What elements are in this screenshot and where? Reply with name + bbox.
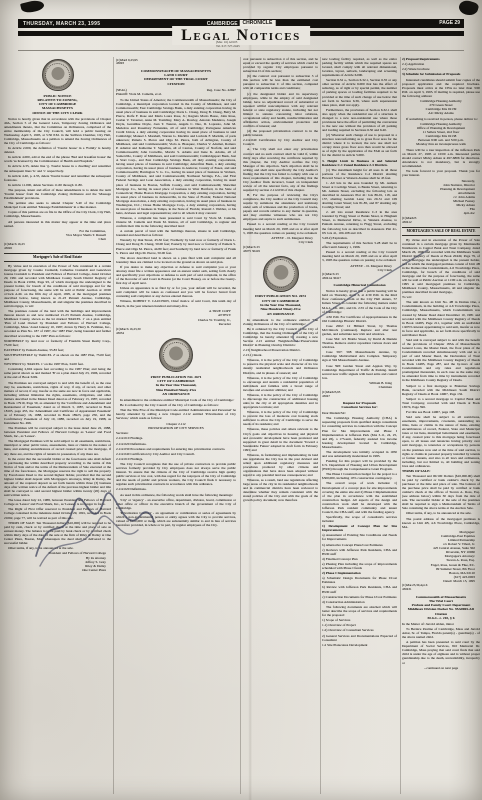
seal-label: (SEAL) [116,88,127,92]
column-divider [320,57,321,794]
seal-case-row: (SEAL)Reg. Case No. 42697 [116,88,236,92]
notice-paragraph: The purpose, intent and effect of these … [4,188,111,200]
column-3: cost pursuant to subsection 4 of this se… [243,57,318,794]
notice-paragraph: 'City' or 'Agency' - an executive office… [116,498,236,510]
column-5: 2) Proposal Requirements2.1) Application… [402,57,480,794]
notice-paragraph: Ten Thousand and 00/100 Dollars ($10,000… [402,474,480,510]
notice-paragraph: The City Council recognizes that the use… [116,462,236,486]
signature-block: For the Committee,Vice Mayor Sheila T. R… [4,229,111,241]
notice-paragraph: 1.1) Overview of Project [322,623,397,627]
notice-paragraph: (b) the contract cost pursuant to subsec… [243,74,318,90]
centered-address-block: Chapter 2.112PRIVATIZATION OF CITY SERVI… [116,422,236,430]
text-line: Cambridge Historical Commission [322,283,397,287]
notice-paragraph: The lease dated July 22, 1988, between P… [4,498,111,506]
text-line: CITATION [116,82,236,86]
notice-paragraph: (2) Wherever such change of use is propo… [322,133,397,157]
notice-paragraph: Be it ordained by the City Council of th… [116,403,236,407]
filing-tag: (C)March 2343075 30419 [243,246,318,254]
notice-paragraph: The premises consist of the land with th… [4,309,111,337]
notice-paragraph: d) Finalized Concept Plan [322,557,397,561]
notice-paragraph: SOUTHWESTERLY by 'PARCEL 2' as shown on … [4,353,111,361]
centered-address-block: Cambridge Housing Authority270 Green Str… [402,99,480,115]
notice-paragraph: The overall scope of work includes: 1) D… [322,481,397,513]
notice-heading: Commonwealth of MassachusettsThe Trial C… [402,595,480,621]
notice-heading: Request for ProposalsConsultant Services… [322,401,397,410]
notice-paragraph: 1.2) Overview of Consultant Services [322,628,397,632]
notice-paragraph: Whereas, it is the policy of the City of… [243,358,318,374]
signature-block: Mortgagee:Cambridge-East EquitiesLimited… [402,530,480,583]
notice-paragraph: d) Construction Administration [322,600,397,604]
notice-paragraph: To wit: [402,295,480,299]
notice-paragraph: 2) Proposal Requirements [402,57,480,61]
notice-heading: COMMONWEALTH OF MASSACHUSETTSLAND COURTD… [116,69,236,86]
notice-paragraph: 2. All lots zoned Residence C-3 in the a… [322,210,397,234]
case-number: Reg. Case No. 42697 [207,88,236,92]
notice-paragraph: Whereas, it is the policy of the City of… [243,376,318,392]
notice-paragraph: In the event that the successful bidder … [4,457,111,497]
notice-paragraph: Passed to a second reading at the City C… [322,250,397,262]
notice-paragraph: (d) the proposed privatization contract … [243,129,318,137]
notice-paragraph: c) Construction Documents for Phase I/Co… [322,595,397,599]
notice-paragraph: Section 6.32 a., Section 6.32.1, Section… [322,78,397,106]
notice-paragraph: Notice is hereby given that a public hea… [322,289,397,313]
text-line: Chair [4,237,106,241]
notice-paragraph: Westerly by Oak Street, 45.30 feet; Nort… [116,238,236,254]
notice-paragraph: Notice is hereby given that in accordanc… [4,117,111,145]
notice-paragraph: 4:30 P.M. For Certificate of Appropriate… [322,315,397,323]
filing-tag: (C)March 16,2343026 [4,243,111,251]
city-seal-icon [42,59,74,91]
notice-paragraph: WESTERLY by 'PARCEL 1' on the 1987 Plan,… [4,362,111,366]
notice-paragraph: The unit known as Unit No. 4B in Domus O… [402,300,480,336]
masthead-date: THURSDAY, MARCH 23, 1995 [23,21,100,27]
notice-paragraph: The Premises are conveyed subject to and… [4,381,111,426]
notice-paragraph: 2.13.1) Intent. [243,353,318,357]
notice-paragraph: TERMS OF SALE: [402,469,480,473]
notice-paragraph: 2.13) Neighborhood Preservation District… [243,348,318,352]
text-line: AN ORDINANCE [116,392,236,396]
notice-paragraph: There will be a tour inspection of the J… [402,148,480,168]
notice-paragraph: Copies of this petition are on file in t… [4,210,111,218]
notice-paragraph: A certain parcel of land with the buildi… [116,229,236,237]
signature-block: William B. KingChairman [322,381,397,389]
notice-paragraph: NORTHERLY by land now or formerly of Fra… [4,339,111,347]
notice-paragraph: Other terms, if any, to be announced at … [4,546,111,550]
notice-paragraph: If something is received in person, plea… [402,117,480,121]
notice-paragraph: Containing 2,604 square feet according t… [4,367,111,379]
notice-paragraph: Whereas, it is the policy of the City of… [243,393,318,409]
notice-paragraph: Whereas, in formulating and implementing… [243,453,318,477]
text-line: Att: Micky Adams [402,111,480,115]
notice-paragraph: The Mortgaged Premises will be sold subj… [4,439,111,455]
notice-paragraph: c) Reviews with Jefferson Park Residents… [322,548,397,556]
notice-paragraph: 1.2 Site Plans/Area Development [322,643,397,647]
scan-artifact-top-right [457,0,479,17]
column-divider [240,57,241,794]
column-divider [400,57,401,794]
masthead-page-number: PAGE 29 [439,19,460,28]
notice-paragraph: The development was initially occupied i… [322,450,397,458]
column-2: (C)Mar# 9,23,9543093COMMONWEALTH OF MASS… [116,57,236,794]
notice-paragraph: The petition also seeks to amend Chapter… [4,201,111,209]
column-divider [113,57,114,794]
notice-paragraph: 1) Development of Concept Plan for Site … [322,524,397,532]
notice-paragraph: Plaintiff: Viola M. Camella, et al. [116,92,236,96]
notice-paragraph: In Article 11.000, delete Sections 11.60… [4,183,111,187]
column-1: PUBLIC NOTICERELATIVE TO ZONING,CITY OF … [4,57,111,794]
notice-paragraph: The Cambridge Housing Authority (CHA) is… [322,416,397,448]
filing-tag: (C)Mar.23,30,Apr.6430431 [402,584,480,592]
notice-paragraph: Funding for this project will be provide… [322,459,397,471]
filing-tag: (C)March 2343041A 30417 [322,273,397,281]
signature-block: ATTEST: - D. Margaret DruryCity Clerk [322,264,397,272]
notice-paragraph: By virtue and in execution of the Power … [402,238,480,295]
filing-tag: (C)March 16,23,3043034 [116,328,236,336]
notice-paragraph: Be it ordained by the City Council of th… [243,327,318,347]
notice-paragraph: 2) General Services and Documentations E… [322,634,397,642]
notice-paragraph: Said unit is conveyed subject to and wit… [402,338,480,383]
notice-paragraph: The postal address of the mortgaged prem… [402,517,480,529]
notice-paragraph: Whereas, these policies and others relev… [243,427,318,451]
text-line: Chairman [322,385,392,389]
notice-paragraph: 2.112.020 Definitions. [116,442,236,446]
notice-paragraph: In Article 4.40, p. 4.35, delete 'Touris… [4,174,111,182]
city-seal-icon [263,256,299,292]
text-line: 43093 [116,62,236,66]
text-line: 43047 [322,395,397,399]
notice-paragraph: b) Alternative Concept Plans/Cost Estima… [322,543,397,547]
text-line: Consultant Services for: [322,405,397,409]
banner-underline [18,50,464,51]
notice-paragraph: If you desire to make any objection or d… [116,265,236,285]
notice-rule-heading: Mortgagee's Sale of Real Estate [4,253,111,261]
column-4: new loading facility required, as well a… [322,57,397,794]
text-line: AN ORDINANCE [243,312,318,316]
notice-paragraph: Said sale shall be subject to all restri… [402,415,480,468]
text-line: ATTEST: [116,313,231,317]
notice-paragraph: 2.112.020 Definitions. [116,487,236,491]
notice-paragraph: Case 564: 121 Brattle Street, by David &… [322,337,397,349]
notice-paragraph: 5.28.2) Expiration. [322,236,397,240]
notice-paragraph: Interested candidates should submit four… [402,78,480,98]
filing-tag: (C)Mar#23,9543047 [322,391,397,399]
notice-paragraph: The Phase I Construction budget for the … [322,472,397,480]
notice-paragraph: 2.112.010 Findings. [116,436,236,440]
filing-tag: (C)Mar#23430412 [402,217,480,225]
notice-paragraph: 'Privatization Contract' - an agreement … [116,511,236,527]
signature-block: President and Fellows of Harvard College… [4,551,111,571]
scan-artifact-top-left [20,0,45,15]
notice-paragraph: (c) the designated bidder and its superv… [243,92,318,128]
centered-address-block: ...continued on next page [402,666,480,670]
notice-heading: FIRST PUBLICATION NO. 2671CITY OF CAMBRI… [116,375,236,396]
notice-paragraph: We look forward to your proposal. Thank … [402,169,480,177]
notice-paragraph: a) Schematic Design Documents for Phase … [322,576,397,584]
section-title: Legal Notices [172,26,310,45]
signature-block: A TRUE COPYATTEST: [116,309,236,317]
notice-paragraph: For title see Book 14967, page 108. [402,410,480,414]
text-line: 43034 [116,332,236,336]
notice-paragraph: The above described land is shown on a p… [116,256,236,264]
notice-paragraph: Witness, ROBERT V. CAUCHON, Chief Justic… [116,299,236,307]
notice-paragraph: Case 597: 598 Massachusetts Avenue, by C… [322,350,397,362]
notice-paragraph: a) Assessment of Existing Site Condition… [322,533,397,541]
notice-paragraph: Sections: [116,431,236,435]
notice-paragraph: A. The City shall not enter any privatiz… [243,147,318,192]
text-line: 430412 [402,221,480,225]
notice-paragraph: In amendment to the ordinance entitled '… [116,398,236,402]
notice-paragraph: 3. Height Limit in Business A and Select… [322,159,397,167]
notice-paragraph: b) Review with Jefferson Park Residents,… [322,585,397,593]
notice-paragraph: Passed to a second reading at the City C… [243,222,318,234]
filing-tag-line: Tel. 617-727-2445 [216,45,240,49]
notice-paragraph: TERMS OF SALE: Ten Thousand dollars ($10… [4,521,111,545]
text-line: City Clerk [243,240,313,244]
notice-paragraph: In the Matter of: Jarrold Alden, minor [402,622,480,626]
notice-paragraph: Whereas, a complaint has been presented … [116,216,236,228]
notice-paragraph: In Article 4.000, add at the end of the … [4,155,111,163]
notice-paragraph: All persons interested in this matter ma… [4,220,111,228]
notice-paragraph: The Premises will be conveyed subject to… [4,426,111,438]
notice-paragraph: In Article 2.000, the definition of 'Tou… [4,146,111,154]
notice-paragraph: Other terms, if any, to be announced at … [402,511,480,515]
notice-paragraph: new loading facility required, as well a… [322,57,397,77]
text-line: Recorder [116,322,231,326]
notice-paragraph: Unless an appearance is so filed by or f… [116,286,236,298]
text-line: M.G.L. c. 210, § 6 [402,616,480,620]
notice-paragraph: 3) Schedule for Submission of Proposals [402,72,480,76]
notice-paragraph: Specifically, the scope of consultant's … [322,515,397,523]
text-line: 43075 30419 [243,250,318,254]
signature-block: Charles W. Trombly, Jr.,Recorder [116,318,236,326]
notice-paragraph: 2.112.010 Findings. [116,457,236,461]
notice-paragraph: Case 598: Garden Street and Appian Way, … [322,364,397,380]
notice-paragraph: Subject to a first mortgage to Braintree… [402,384,480,396]
text-line: PRIVATIZATION OF CITY SERVICES [116,426,236,430]
notice-paragraph: 2.1) Application [402,62,480,66]
notice-paragraph: 2.112.040 Certification by City Auditor … [243,138,318,146]
notice-paragraph: (1) The maximum height for all uses in a… [322,168,397,180]
notice-paragraph: The requirements of this Section 5.28 sh… [322,241,397,249]
notice-heading: Cambridge Historical Commission [322,283,397,287]
text-line: 43026 [4,247,111,251]
notice-paragraph: 2.112.040 Certification by City Auditor … [116,452,236,456]
notice-rule-heading: MORTGAGEE'S SALE OF REAL ESTATE [402,227,480,235]
filing-tag-floating: (Mar. 16) A0105 Tel. 617-727-2445 [216,41,240,49]
notice-paragraph: As used in this ordinance, the following… [116,493,236,497]
notice-paragraph: In Article 4.35, delete line 'g. Tourist… [4,164,111,172]
notice-heading: FIRST PUBLICATION NO. 2674CITY OF CAMBRI… [243,294,318,315]
notice-paragraph: 2.2) Waste brochure [402,67,480,71]
notice-paragraph: EASTERLY by Putnam Avenue, 55.83 feet; [4,348,111,352]
text-line: OFFICE OF THE CITY CLERK [4,111,111,115]
newspaper-page: THURSDAY, MARCH 23, 1995 CAMBRIDGE CHRON… [0,0,482,800]
notice-paragraph: Subject to a second mortgage to Capitol … [402,397,480,409]
text-line: 4pti-doc [402,211,475,215]
signature-block: Sincerely,John Stainton, DirectorPlannin… [402,179,480,215]
text-line: 43041A 30417 [322,277,397,281]
notice-paragraph: Dear Madam/Sir: [322,411,397,415]
text-line: 430431 [402,588,480,592]
notice-paragraph: 2.112.030 Procedures and requirements fo… [116,447,236,451]
text-line: ...continued on next page [402,666,480,670]
notice-paragraph: To Bernice Pauline of Cambridge, Mass an… [402,627,480,639]
notice-paragraph: The Right of First Offer reserved to Pre… [4,507,111,519]
notice-paragraph: Whereas, it is the policy of the City of… [243,410,318,426]
filing-tag: (C)Mar# 9,23,9543093 [116,59,236,67]
signature-block: ATTEST: - D. Margaret DruryCity Clerk [243,236,318,244]
notice-paragraph: e) Phasing Plan including the scope of i… [322,562,397,570]
centered-address-block: Cambridge Housing AuthorityOffice of Pla… [402,122,480,146]
notice-paragraph: A petition has been presented to said co… [402,640,480,664]
city-seal-icon [159,338,193,372]
notice-heading: PUBLIC NOTICERELATIVE TO ZONING,CITY OF … [4,94,111,115]
notice-paragraph: 2) Phase I Implementation [322,571,397,575]
notice-paragraph: B. For the purpose of reviewing the City… [243,193,318,221]
notice-paragraph: Whereas, as a result, land use regulatio… [243,478,318,502]
notice-paragraph: By virtue and in execution of the Power … [4,264,111,309]
notice-paragraph: 1) Scope of Services [322,618,397,622]
notice-paragraph: cost pursuant to subsection 4 of this se… [243,57,318,73]
text-line: Monday thru an inconspicuous walk [402,142,480,146]
notice-paragraph: To the United States of America; the Com… [116,98,236,215]
notice-paragraph: Furthermore, the provisions of Section 6… [322,108,397,132]
notice-paragraph: In amendment to the ordinance entitled '… [243,318,318,326]
notice-paragraph: 1. All lots in the area bounded by Mt. A… [322,181,397,209]
text-line: One Center Plaza [4,568,106,572]
notice-paragraph: Case 2002: 12 Hilliard Street, by Thomas… [322,324,397,336]
notice-paragraph: The following documents are attached whi… [322,605,397,617]
notice-paragraph: That the Title Five of the Municipal Cod… [116,408,236,420]
